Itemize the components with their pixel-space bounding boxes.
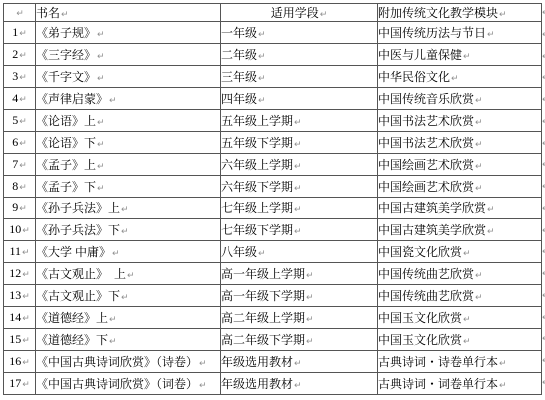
school-stage: 六年级上学期: [221, 158, 293, 172]
cell-culture-module: 中国玉文化欣赏↵: [378, 329, 542, 351]
culture-module: 古典诗词・词卷单行本: [378, 377, 498, 391]
book-title: 《声律启蒙》: [36, 92, 108, 106]
cell-culture-module: 中国绘画艺术欣赏↵: [378, 175, 542, 197]
table-row: 16↵ 《中国古典诗词欣赏》（诗卷）↵ 年级选用教材↵ 古典诗词・诗卷单行本↵: [4, 351, 542, 373]
cell-book-title: 《三字经》↵: [36, 43, 221, 65]
school-stage: 年级选用教材: [221, 355, 293, 369]
book-title: 《中国古典诗词欣赏》（诗卷）: [36, 355, 198, 369]
column-header-label: 书名: [36, 6, 60, 20]
cell-school-stage: 二年级↵: [221, 43, 378, 65]
row-number: 12: [9, 266, 21, 280]
paragraph-mark-icon: ↵: [474, 293, 483, 303]
cell-book-title: 《大学 中庸》↵: [36, 241, 221, 263]
school-stage: 高一年级下学期: [221, 289, 305, 303]
table-row: 17↵ 《中国古典诗词欣赏》（词卷）↵ 年级选用教材↵ 古典诗词・词卷单行本↵: [4, 373, 542, 395]
paragraph-mark-icon: ↵: [293, 118, 302, 128]
cell-row-number: 8↵: [4, 175, 36, 197]
paragraph-mark-icon: ↵: [108, 315, 117, 325]
cell-row-number: 6↵: [4, 131, 36, 153]
paragraph-mark-icon: ↵: [21, 226, 30, 236]
paragraph-mark-icon: ↵: [305, 315, 314, 325]
paragraph-mark-icon: ↵: [108, 337, 117, 347]
paragraph-mark-icon: ↵: [462, 337, 471, 347]
cell-culture-module: 中国传统曲艺欣赏↵: [378, 263, 542, 285]
paragraph-mark-icon: ↵: [96, 74, 105, 84]
cell-culture-module: 中国瓷文化欣赏↵: [378, 241, 542, 263]
book-title: 《孟子》上: [36, 158, 96, 172]
paragraph-mark-icon: ↵: [498, 381, 507, 391]
culture-module: 中国传统曲艺欣赏: [378, 289, 474, 303]
paragraph-mark-icon: ↵: [21, 380, 30, 390]
paragraph-mark-icon: ↵: [257, 249, 266, 259]
culture-module: 中华民俗文化: [378, 70, 450, 84]
cell-school-stage: 六年级上学期↵: [221, 153, 378, 175]
cell-culture-module: 中国古建筑美学欣赏↵: [378, 219, 542, 241]
book-title: 《论语》上: [36, 114, 96, 128]
header-cell-school-stage: 适用学段↵: [221, 4, 378, 22]
book-title: 《弟子规》: [36, 26, 96, 40]
paragraph-mark-icon: ↵: [120, 293, 129, 303]
cell-school-stage: 高一年级上学期↵: [221, 263, 378, 285]
cell-culture-module: 中国玉文化欣赏↵: [378, 307, 542, 329]
paragraph-mark-icon: ↵: [486, 227, 495, 237]
paragraph-mark-icon: ↵: [257, 52, 266, 62]
school-stage: 高二年级下学期: [221, 333, 305, 347]
paragraph-mark-icon: ↵: [293, 227, 302, 237]
culture-module: 中国书法艺术欣赏: [378, 136, 474, 150]
cell-culture-module: 中国书法艺术欣赏↵: [378, 131, 542, 153]
paragraph-mark-icon: ↵: [96, 184, 105, 194]
textbook-curriculum-table: ↵ 书名↵ 适用学段↵ 附加传统文化教学模块↵ 1↵ 《弟子规》↵ 一年级↵ 中…: [3, 3, 542, 395]
cell-row-number: 9↵: [4, 197, 36, 219]
culture-module: 中国瓷文化欣赏: [378, 245, 462, 259]
paragraph-mark-icon: ↵: [18, 51, 27, 61]
cell-school-stage: 高二年级上学期↵: [221, 307, 378, 329]
cell-row-number: 14↵: [4, 307, 36, 329]
table-row: 10↵ 《孙子兵法》下↵ 七年级下学期↵ 中国古建筑美学欣赏↵: [4, 219, 542, 241]
paragraph-mark-icon: ↵: [96, 52, 105, 62]
paragraph-mark-icon: ↵: [293, 162, 302, 172]
school-stage: 高二年级上学期: [221, 311, 305, 325]
paragraph-mark-icon: ↵: [120, 227, 129, 237]
school-stage: 一年级: [221, 26, 257, 40]
header-row: ↵ 书名↵ 适用学段↵ 附加传统文化教学模块↵: [4, 4, 542, 22]
book-title: 《孙子兵法》上: [36, 201, 120, 215]
paragraph-mark-icon: ↵: [462, 315, 471, 325]
paragraph-mark-icon: ↵: [474, 140, 483, 150]
cell-book-title: 《声律启蒙》↵: [36, 87, 221, 109]
cell-school-stage: 八年级↵: [221, 241, 378, 263]
paragraph-mark-icon: ↵: [18, 117, 27, 127]
book-title: 《千字文》: [36, 70, 96, 84]
cell-culture-module: 中国传统曲艺欣赏↵: [378, 285, 542, 307]
cell-culture-module: 中华民俗文化↵: [378, 65, 542, 87]
column-header-label: 附加传统文化教学模块: [378, 6, 498, 20]
culture-module: 中国传统音乐欣赏: [378, 92, 474, 106]
school-stage: 五年级上学期: [221, 114, 293, 128]
table-row: 4↵ 《声律启蒙》↵ 四年级↵ 中国传统音乐欣赏↵: [4, 87, 542, 109]
book-title: 《道德经》下: [36, 333, 108, 347]
cell-row-number: 7↵: [4, 153, 36, 175]
table-row: 2↵ 《三字经》↵ 二年级↵ 中医与儿童保健↵: [4, 43, 542, 65]
table-row: 9↵ 《孙子兵法》上↵ 七年级上学期↵ 中国古建筑美学欣赏↵: [4, 197, 542, 219]
paragraph-mark-icon: ↵: [305, 293, 314, 303]
school-stage: 六年级下学期: [221, 180, 293, 194]
cell-row-number: 17↵: [4, 373, 36, 395]
table-row: 14↵ 《道德经》上↵ 高二年级上学期↵ 中国玉文化欣赏↵: [4, 307, 542, 329]
cell-book-title: 《古文观止》 上↵: [36, 263, 221, 285]
cell-culture-module: 中国传统音乐欣赏↵: [378, 87, 542, 109]
cell-school-stage: 年级选用教材↵: [221, 373, 378, 395]
paragraph-mark-icon: ↵: [21, 358, 30, 368]
paragraph-mark-icon: ↵: [305, 271, 314, 281]
paragraph-mark-icon: ↵: [474, 271, 483, 281]
paragraph-mark-icon: ↵: [96, 30, 105, 40]
paragraph-mark-icon: ↵: [108, 96, 117, 106]
paragraph-mark-icon: ↵: [21, 336, 30, 346]
column-header-label: 适用学段: [271, 6, 319, 20]
paragraph-mark-icon: ↵: [21, 292, 30, 302]
cell-culture-module: 古典诗词・词卷单行本↵: [378, 373, 542, 395]
culture-module: 中国古建筑美学欣赏: [378, 223, 486, 237]
paragraph-mark-icon: ↵: [120, 205, 129, 215]
paragraph-mark-icon: ↵: [474, 162, 483, 172]
culture-module: 中国书法艺术欣赏: [378, 114, 474, 128]
culture-module: 古典诗词・诗卷单行本: [378, 355, 498, 369]
paragraph-mark-icon: ↵: [15, 9, 24, 19]
cell-school-stage: 四年级↵: [221, 87, 378, 109]
cell-school-stage: 一年级↵: [221, 22, 378, 44]
school-stage: 四年级: [221, 92, 257, 106]
cell-school-stage: 七年级下学期↵: [221, 219, 378, 241]
book-title: 《论语》下: [36, 136, 96, 150]
culture-module: 中国绘画艺术欣赏: [378, 180, 474, 194]
paragraph-mark-icon: ↵: [293, 184, 302, 194]
table-row: 7↵ 《孟子》上↵ 六年级上学期↵ 中国绘画艺术欣赏↵: [4, 153, 542, 175]
cell-book-title: 《千字文》↵: [36, 65, 221, 87]
table-row: 11↵ 《大学 中庸》↵ 八年级↵ 中国瓷文化欣赏↵: [4, 241, 542, 263]
paragraph-mark-icon: ↵: [474, 96, 483, 106]
school-stage: 五年级下学期: [221, 136, 293, 150]
cell-culture-module: 中国绘画艺术欣赏↵: [378, 153, 542, 175]
header-cell-number: ↵: [4, 4, 36, 22]
cell-book-title: 《孟子》上↵: [36, 153, 221, 175]
cell-book-title: 《弟子规》↵: [36, 22, 221, 44]
paragraph-mark-icon: ↵: [319, 10, 328, 20]
cell-book-title: 《论语》下↵: [36, 131, 221, 153]
paragraph-mark-icon: ↵: [198, 359, 207, 369]
culture-module: 中国传统曲艺欣赏: [378, 267, 474, 281]
cell-culture-module: 中国古建筑美学欣赏↵: [378, 197, 542, 219]
paragraph-mark-icon: ↵: [293, 359, 302, 369]
cell-school-stage: 高一年级下学期↵: [221, 285, 378, 307]
cell-school-stage: 六年级下学期↵: [221, 175, 378, 197]
cell-row-number: 2↵: [4, 43, 36, 65]
row-number: 11: [9, 244, 21, 258]
school-stage: 八年级: [221, 245, 257, 259]
book-title: 《孙子兵法》下: [36, 223, 120, 237]
cell-school-stage: 年级选用教材↵: [221, 351, 378, 373]
cell-row-number: 12↵: [4, 263, 36, 285]
cell-book-title: 《中国古典诗词欣赏》（词卷）↵: [36, 373, 221, 395]
paragraph-mark-icon: ↵: [18, 183, 27, 193]
book-title: 《古文观止》下: [36, 289, 120, 303]
paragraph-mark-icon: ↵: [498, 359, 507, 369]
cell-culture-module: 中国传统历法与节日↵: [378, 22, 542, 44]
cell-row-number: 5↵: [4, 109, 36, 131]
cell-row-number: 10↵: [4, 219, 36, 241]
cell-school-stage: 七年级上学期↵: [221, 197, 378, 219]
cell-book-title: 《道德经》上↵: [36, 307, 221, 329]
cell-row-number: 11↵: [4, 241, 36, 263]
table-row: 12↵ 《古文观止》 上↵ 高一年级上学期↵ 中国传统曲艺欣赏↵: [4, 263, 542, 285]
book-title: 《古文观止》 上: [36, 267, 126, 281]
row-number: 13: [9, 288, 21, 302]
cell-row-number: 13↵: [4, 285, 36, 307]
cell-school-stage: 三年级↵: [221, 65, 378, 87]
paragraph-mark-icon: ↵: [96, 162, 105, 172]
paragraph-mark-icon: ↵: [293, 205, 302, 215]
row-number: 17: [9, 376, 21, 390]
cell-book-title: 《道德经》下↵: [36, 329, 221, 351]
school-stage: 七年级上学期: [221, 201, 293, 215]
culture-module: 中国传统历法与节日: [378, 26, 486, 40]
paragraph-mark-icon: ↵: [486, 205, 495, 215]
book-title: 《道德经》上: [36, 311, 108, 325]
book-title: 《孟子》下: [36, 180, 96, 194]
paragraph-mark-icon: ↵: [198, 381, 207, 391]
paragraph-mark-icon: ↵: [18, 29, 27, 39]
school-stage: 二年级: [221, 48, 257, 62]
culture-module: 中国玉文化欣赏: [378, 311, 462, 325]
book-title: 《大学 中庸》: [36, 245, 111, 259]
cell-book-title: 《孙子兵法》下↵: [36, 219, 221, 241]
paragraph-mark-icon: ↵: [96, 140, 105, 150]
paragraph-mark-icon: ↵: [21, 248, 30, 258]
paragraph-mark-icon: ↵: [96, 118, 105, 128]
cell-culture-module: 古典诗词・诗卷单行本↵: [378, 351, 542, 373]
paragraph-mark-icon: ↵: [257, 30, 266, 40]
table-row: 3↵ 《千字文》↵ 三年级↵ 中华民俗文化↵: [4, 65, 542, 87]
cell-row-number: 16↵: [4, 351, 36, 373]
paragraph-mark-icon: ↵: [257, 96, 266, 106]
table-row: 8↵ 《孟子》下↵ 六年级下学期↵ 中国绘画艺术欣赏↵: [4, 175, 542, 197]
table-row: 5↵ 《论语》上↵ 五年级上学期↵ 中国书法艺术欣赏↵: [4, 109, 542, 131]
row-number: 14: [9, 310, 21, 324]
table-row: 1↵ 《弟子规》↵ 一年级↵ 中国传统历法与节日↵: [4, 22, 542, 44]
paragraph-mark-icon: ↵: [21, 270, 30, 280]
paragraph-mark-icon: ↵: [474, 184, 483, 194]
table-row: 13↵ 《古文观止》下↵ 高一年级下学期↵ 中国传统曲艺欣赏↵: [4, 285, 542, 307]
row-number: 16: [9, 354, 21, 368]
culture-module: 中医与儿童保健: [378, 48, 462, 62]
cell-book-title: 《中国古典诗词欣赏》（诗卷）↵: [36, 351, 221, 373]
paragraph-mark-icon: ↵: [498, 10, 507, 20]
paragraph-mark-icon: ↵: [462, 52, 471, 62]
header-cell-culture-module: 附加传统文化教学模块↵: [378, 4, 542, 22]
paragraph-mark-icon: ↵: [18, 204, 27, 214]
row-number: 15: [9, 332, 21, 346]
cell-school-stage: 五年级下学期↵: [221, 131, 378, 153]
paragraph-mark-icon: ↵: [462, 249, 471, 259]
book-title: 《中国古典诗词欣赏》（词卷）: [36, 377, 198, 391]
paragraph-mark-icon: ↵: [257, 74, 266, 84]
paragraph-mark-icon: ↵: [18, 73, 27, 83]
paragraph-mark-icon: ↵: [111, 249, 120, 259]
cell-row-number: 15↵: [4, 329, 36, 351]
culture-module: 中国古建筑美学欣赏: [378, 201, 486, 215]
header-cell-book-title: 书名↵: [36, 4, 221, 22]
cell-culture-module: 中国书法艺术欣赏↵: [378, 109, 542, 131]
culture-module: 中国绘画艺术欣赏: [378, 158, 474, 172]
book-title: 《三字经》: [36, 48, 96, 62]
paragraph-mark-icon: ↵: [474, 118, 483, 128]
paragraph-mark-icon: ↵: [18, 95, 27, 105]
cell-row-number: 1↵: [4, 22, 36, 44]
paragraph-mark-icon: ↵: [450, 74, 459, 84]
table-row: 15↵ 《道德经》下↵ 高二年级下学期↵ 中国玉文化欣赏↵: [4, 329, 542, 351]
paragraph-mark-icon: ↵: [126, 271, 135, 281]
cell-book-title: 《论语》上↵: [36, 109, 221, 131]
school-stage: 年级选用教材: [221, 377, 293, 391]
cell-book-title: 《孙子兵法》上↵: [36, 197, 221, 219]
school-stage: 高一年级上学期: [221, 267, 305, 281]
cell-school-stage: 高二年级下学期↵: [221, 329, 378, 351]
cell-row-number: 3↵: [4, 65, 36, 87]
row-number: 10: [9, 222, 21, 236]
cell-row-number: 4↵: [4, 87, 36, 109]
paragraph-mark-icon: ↵: [305, 337, 314, 347]
paragraph-mark-icon: ↵: [60, 10, 69, 20]
paragraph-mark-icon: ↵: [293, 140, 302, 150]
paragraph-mark-icon: ↵: [293, 381, 302, 391]
school-stage: 七年级下学期: [221, 223, 293, 237]
paragraph-mark-icon: ↵: [18, 161, 27, 171]
school-stage: 三年级: [221, 70, 257, 84]
cell-culture-module: 中医与儿童保健↵: [378, 43, 542, 65]
cell-school-stage: 五年级上学期↵: [221, 109, 378, 131]
cell-book-title: 《孟子》下↵: [36, 175, 221, 197]
paragraph-mark-icon: ↵: [18, 139, 27, 149]
cell-book-title: 《古文观止》下↵: [36, 285, 221, 307]
table-row: 6↵ 《论语》下↵ 五年级下学期↵ 中国书法艺术欣赏↵: [4, 131, 542, 153]
culture-module: 中国玉文化欣赏: [378, 333, 462, 347]
paragraph-mark-icon: ↵: [486, 30, 495, 40]
paragraph-mark-icon: ↵: [21, 314, 30, 324]
